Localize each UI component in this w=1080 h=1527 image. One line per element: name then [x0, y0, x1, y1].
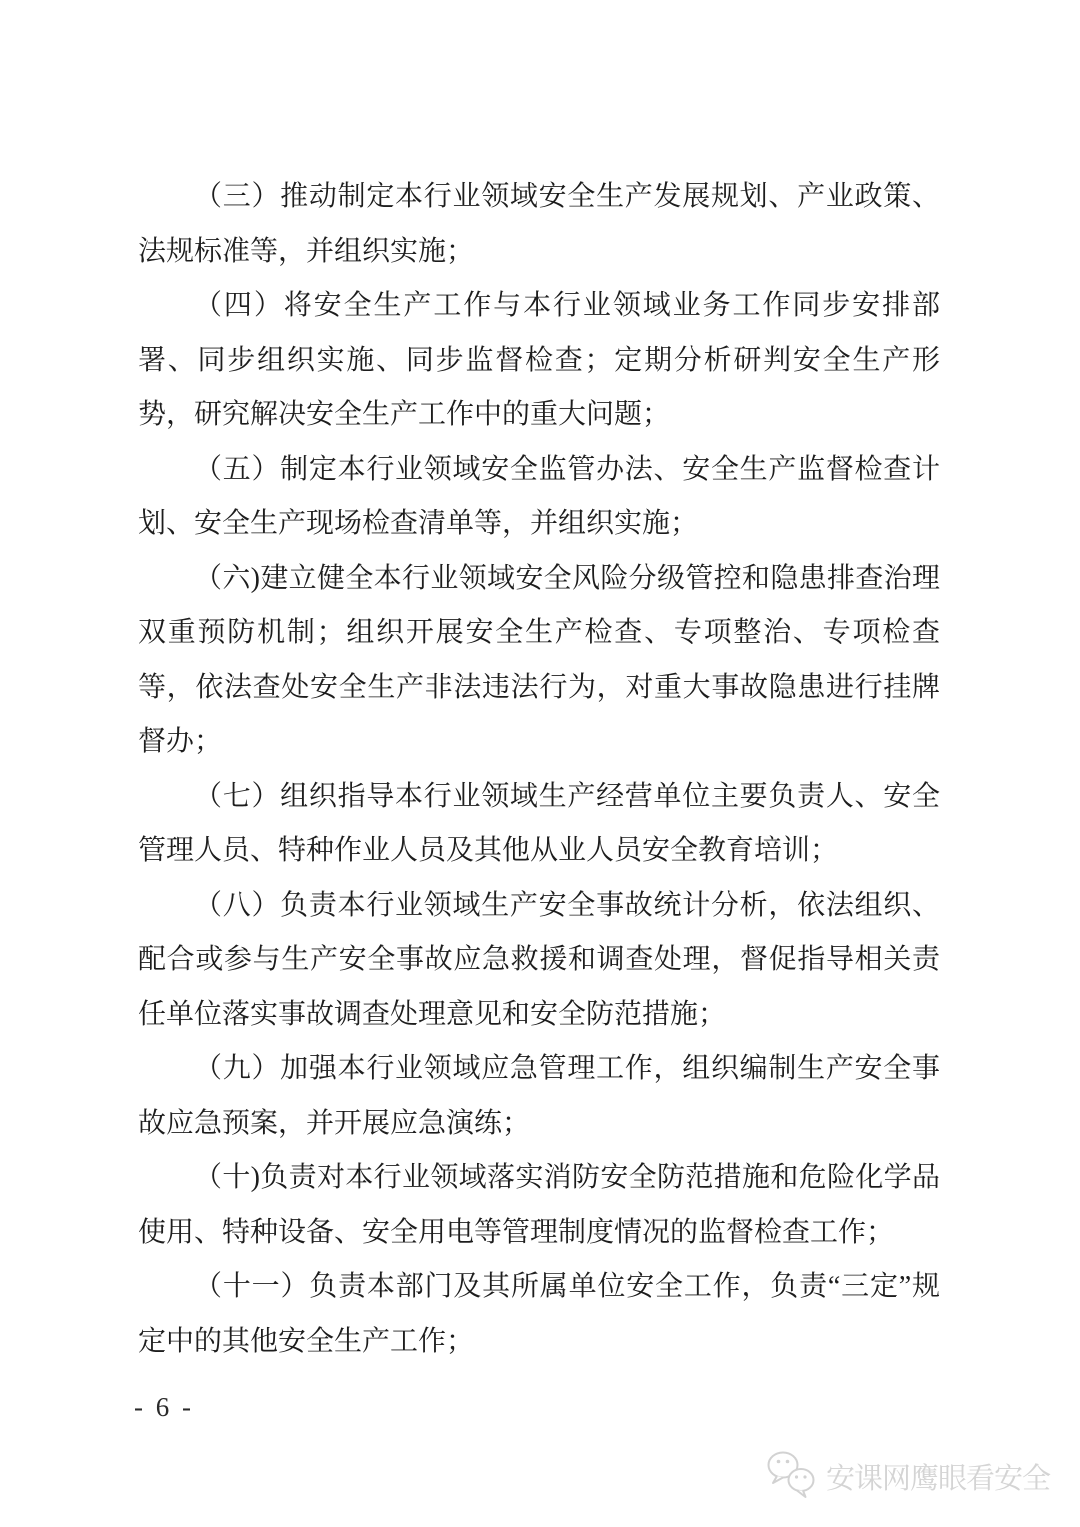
- wechat-icon: [766, 1450, 818, 1502]
- document-paragraph: （四）将安全生产工作与本行业领域业务工作同步安排部署、同步组织实施、同步监督检查…: [138, 279, 940, 443]
- document-page: （三）推动制定本行业领域安全生产发展规划、产业政策、法规标准等，并组织实施；（四…: [0, 0, 1080, 1527]
- document-paragraph: （十)负责对本行业领域落实消防安全防范措施和危险化学品使用、特种设备、安全用电等…: [138, 1151, 940, 1260]
- document-paragraph: （五）制定本行业领域安全监管办法、安全生产监督检查计划、安全生产现场检查清单等，…: [138, 443, 940, 552]
- document-paragraph: （八）负责本行业领域生产安全事故统计分析，依法组织、配合或参与生产安全事故应急救…: [138, 879, 940, 1043]
- document-paragraph: （六)建立健全本行业领域安全风险分级管控和隐患排查治理双重预防机制；组织开展安全…: [138, 552, 940, 770]
- watermark-text: 安课网鹰眼看安全: [826, 1456, 1050, 1497]
- watermark: 安课网鹰眼看安全: [766, 1450, 1050, 1502]
- document-paragraph: （九）加强本行业领域应急管理工作，组织编制生产安全事故应急预案，并开展应急演练；: [138, 1042, 940, 1151]
- document-paragraph: （七）组织指导本行业领域生产经营单位主要负责人、安全管理人员、特种作业人员及其他…: [138, 770, 940, 879]
- document-paragraph: （三）推动制定本行业领域安全生产发展规划、产业政策、法规标准等，并组织实施；: [138, 170, 940, 279]
- page-number: - 6 -: [134, 1392, 194, 1423]
- document-paragraph: （十一）负责本部门及其所属单位安全工作，负责“三定”规定中的其他安全生产工作；: [138, 1260, 940, 1369]
- document-body: （三）推动制定本行业领域安全生产发展规划、产业政策、法规标准等，并组织实施；（四…: [138, 170, 940, 1369]
